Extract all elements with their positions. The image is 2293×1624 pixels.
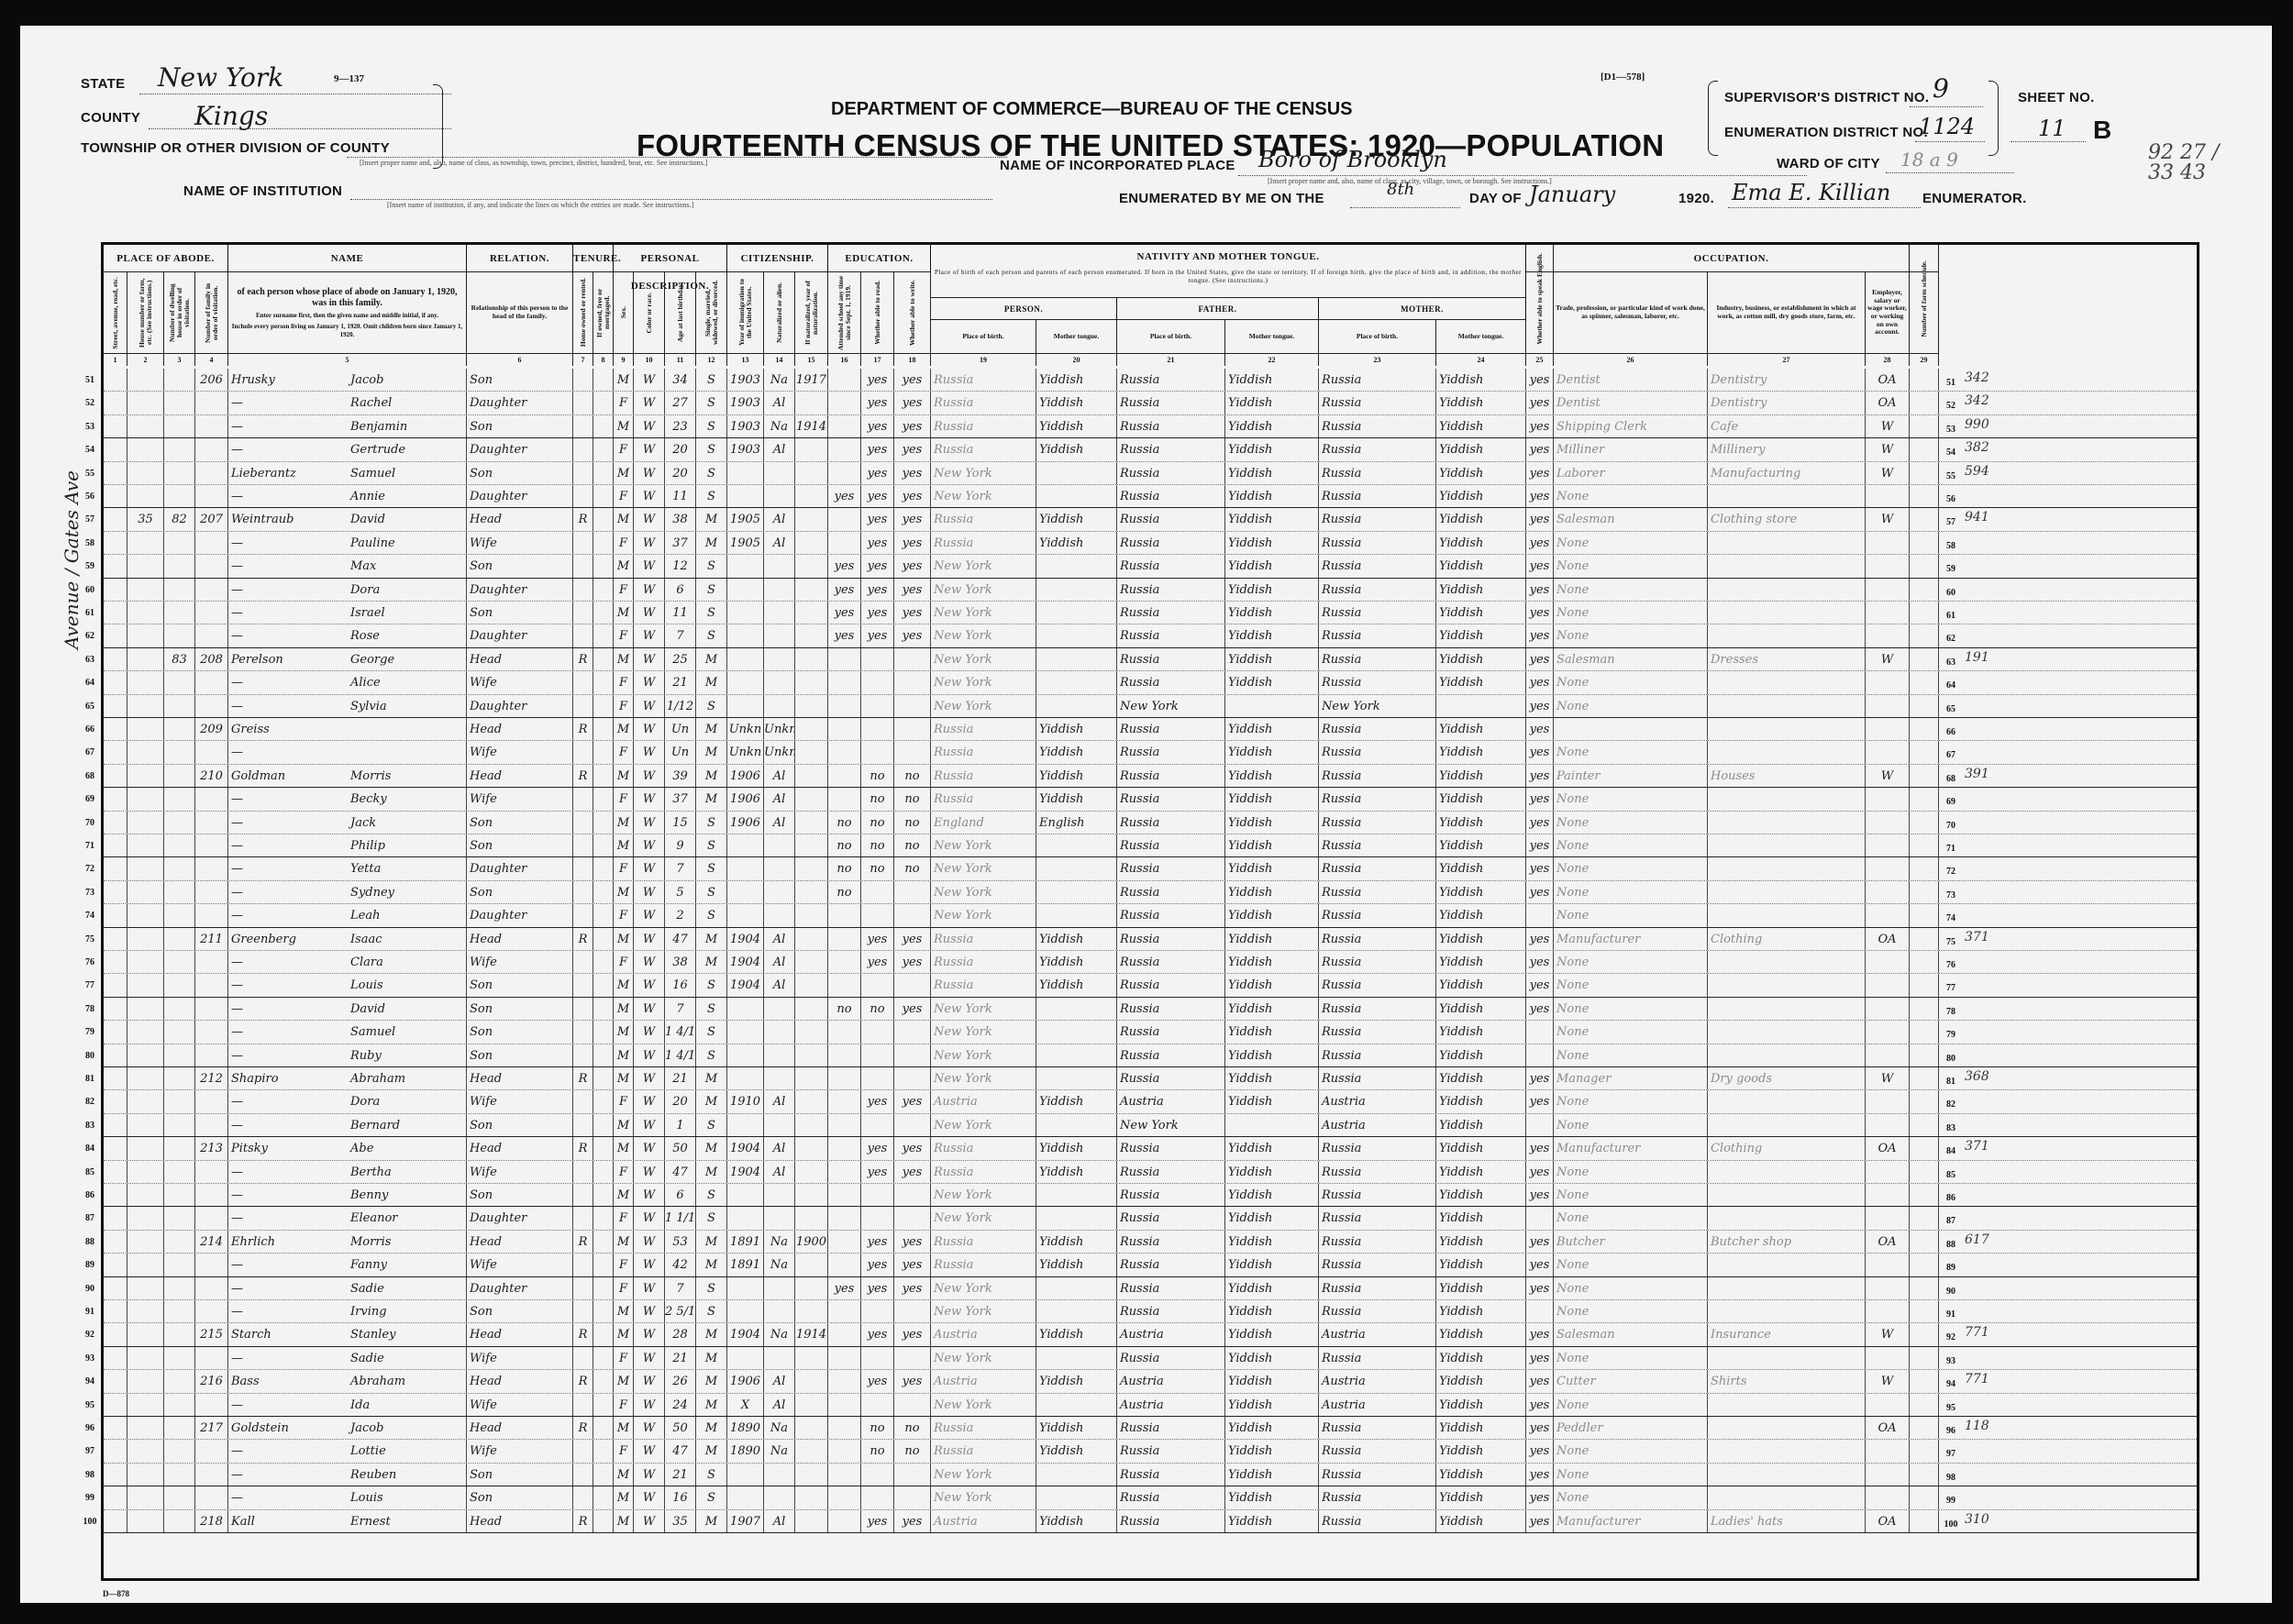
dwell-cell	[164, 788, 195, 810]
line-number-left: 52	[80, 398, 100, 408]
free-cell	[593, 1277, 614, 1299]
natyr-cell	[795, 1464, 828, 1486]
fmt-cell: Yiddish	[1225, 1207, 1319, 1229]
county-value: Kings	[194, 101, 268, 131]
rel-cell: Wife	[467, 1254, 573, 1276]
dwell-cell	[164, 1021, 195, 1043]
free-cell	[593, 1044, 614, 1066]
given-name: Sylvia	[350, 700, 387, 713]
mmt-cell: Yiddish	[1436, 857, 1526, 879]
school-cell: yes	[828, 602, 861, 624]
line-number-left: 74	[80, 911, 100, 921]
write-cell: yes	[894, 555, 931, 577]
surname: —	[231, 1486, 350, 1508]
pob-cell: New York	[931, 1277, 1036, 1299]
rel-cell: Daughter	[467, 392, 573, 414]
free-cell	[593, 1114, 614, 1136]
mmt-cell: Yiddish	[1436, 1090, 1526, 1112]
line-number-right: 91	[1941, 1309, 1961, 1320]
house-cell	[127, 462, 164, 484]
line-number-right: 81	[1941, 1077, 1961, 1087]
own-cell	[573, 1114, 593, 1136]
ms-cell: S	[696, 1464, 727, 1486]
read-cell	[861, 1347, 894, 1369]
natyr-cell	[795, 812, 828, 834]
given-name: Israel	[350, 606, 385, 620]
ms-cell: S	[696, 1114, 727, 1136]
given-name: Dora	[350, 1095, 380, 1109]
house-cell	[127, 1277, 164, 1299]
emp-cell	[1866, 834, 1910, 856]
read-cell	[861, 974, 894, 996]
fmt-cell: Yiddish	[1225, 1231, 1319, 1253]
fam-cell	[195, 1114, 228, 1136]
column-number-3: 3	[164, 353, 195, 366]
ind-cell	[1708, 812, 1866, 834]
name-cell: —Ruby	[228, 1044, 467, 1066]
enumerator-name: Ema E. Killian	[1732, 180, 1890, 205]
fpob-cell: Russia	[1117, 741, 1225, 763]
read-cell	[861, 695, 894, 717]
sex-cell: F	[614, 1440, 634, 1462]
column-header-label: Number of farm schedule.	[1921, 260, 1928, 337]
mmt-cell: Yiddish	[1436, 741, 1526, 763]
rel-cell: Son	[467, 974, 573, 996]
group-header-place-of-abode: PLACE OF ABODE.	[104, 245, 228, 272]
pob-cell: New York	[931, 602, 1036, 624]
mmt-cell: Yiddish	[1436, 788, 1526, 810]
ind-cell	[1708, 1114, 1866, 1136]
name-cell: —Benny	[228, 1184, 467, 1206]
eng-cell: yes	[1526, 392, 1554, 414]
mt-cell: Yiddish	[1036, 951, 1117, 973]
table-row: —BenjaminSonMW23S1903Na1914yesyesRussiaY…	[104, 415, 2197, 438]
age-cell: 37	[665, 532, 696, 554]
age-cell: 27	[665, 392, 696, 414]
emp-cell	[1866, 1090, 1910, 1112]
age-cell: 20	[665, 438, 696, 460]
mpob-cell: Russia	[1319, 602, 1436, 624]
farm-cell	[1910, 1090, 1939, 1112]
surname: —	[231, 741, 350, 763]
imm-cell	[727, 555, 764, 577]
trade-cell: Dentist	[1554, 392, 1708, 414]
ms-cell: S	[696, 462, 727, 484]
name-cell: —Benjamin	[228, 415, 467, 437]
school-cell	[828, 508, 861, 530]
fpob-cell: Russia	[1117, 1510, 1225, 1532]
race-cell: W	[634, 415, 665, 437]
line-number-left: 55	[80, 469, 100, 479]
column-header-5: of each person whose place of abode on J…	[228, 272, 467, 353]
ind-cell	[1708, 834, 1866, 856]
own-cell	[573, 974, 593, 996]
trade-cell: None	[1554, 1114, 1708, 1136]
emp-cell: OA	[1866, 1231, 1910, 1253]
emp-cell	[1866, 1486, 1910, 1508]
given-name: Louis	[350, 978, 383, 992]
fmt-cell: Yiddish	[1225, 904, 1319, 926]
school-cell	[828, 718, 861, 740]
read-cell: no	[861, 834, 894, 856]
ms-cell: S	[696, 1044, 727, 1066]
pob-cell: New York	[931, 624, 1036, 646]
race-cell: W	[634, 1277, 665, 1299]
occupation-code-note: 594	[1965, 464, 1989, 479]
fam-cell: 208	[195, 648, 228, 670]
name-cell: KallErnest	[228, 1510, 467, 1532]
mpob-cell: Russia	[1319, 857, 1436, 879]
state-line	[139, 94, 451, 94]
ind-cell	[1708, 1254, 1866, 1276]
fpob-cell: Russia	[1117, 1277, 1225, 1299]
trade-cell: Manager	[1554, 1067, 1708, 1089]
street-cell	[104, 415, 127, 437]
line-number-left: 98	[80, 1470, 100, 1480]
race-cell: W	[634, 1417, 665, 1439]
mt-cell	[1036, 1300, 1117, 1322]
mpob-cell: Russia	[1319, 1464, 1436, 1486]
sex-cell: F	[614, 1347, 634, 1369]
street-cell	[104, 438, 127, 460]
dwell-cell	[164, 392, 195, 414]
column-header-label: If naturalized, year of naturalization.	[804, 275, 819, 350]
sex-cell: M	[614, 415, 634, 437]
read-cell: no	[861, 765, 894, 787]
rel-cell: Daughter	[467, 695, 573, 717]
table-row: —RoseDaughterFW7SyesyesyesNew YorkRussia…	[104, 624, 2197, 647]
line-number-right: 57	[1941, 517, 1961, 527]
name-cell: —Leah	[228, 904, 467, 926]
given-name: Annie	[350, 490, 385, 503]
street-cell	[104, 1370, 127, 1392]
school-cell: no	[828, 834, 861, 856]
dwell-cell	[164, 1090, 195, 1112]
house-cell	[127, 624, 164, 646]
line-number-left: 85	[80, 1167, 100, 1177]
emp-cell	[1866, 1300, 1910, 1322]
line-number-right: 64	[1941, 680, 1961, 690]
rel-cell: Head	[467, 1510, 573, 1532]
given-name: Gertrude	[350, 443, 405, 457]
fam-cell	[195, 1021, 228, 1043]
natyr-cell	[795, 462, 828, 484]
rel-cell: Wife	[467, 671, 573, 693]
fpob-cell: Russia	[1117, 928, 1225, 950]
school-cell	[828, 369, 861, 391]
rel-cell: Son	[467, 555, 573, 577]
given-name: Jack	[350, 816, 376, 830]
house-cell	[127, 812, 164, 834]
sex-cell: F	[614, 1207, 634, 1229]
house-cell	[127, 1090, 164, 1112]
line-number-left: 62	[80, 631, 100, 641]
street-cell	[104, 1464, 127, 1486]
line-number-right: 71	[1941, 844, 1961, 854]
natyr-cell	[795, 788, 828, 810]
line-number-right: 97	[1941, 1449, 1961, 1459]
ed-value: 1124	[1919, 114, 1975, 139]
state-value: New York	[158, 62, 283, 93]
ms-cell: S	[696, 834, 727, 856]
read-cell: yes	[861, 1137, 894, 1159]
fpob-cell: Russia	[1117, 1067, 1225, 1089]
read-cell: yes	[861, 1510, 894, 1532]
line-number-left: 70	[80, 818, 100, 828]
pob-cell: New York	[931, 462, 1036, 484]
imm-cell: 1904	[727, 928, 764, 950]
farm-cell	[1910, 857, 1939, 879]
emp-cell: W	[1866, 1370, 1910, 1392]
given-name: Rachel	[350, 396, 392, 410]
trade-cell: None	[1554, 1486, 1708, 1508]
farm-cell	[1910, 485, 1939, 507]
write-cell	[894, 1486, 931, 1508]
fam-cell	[195, 1464, 228, 1486]
trade-cell: None	[1554, 671, 1708, 693]
ind-cell: Dentistry	[1708, 392, 1866, 414]
table-row: —IdaWifeFW24MXAlNew YorkAustriaYiddishAu…	[104, 1394, 2197, 1417]
name-cell: PitskyAbe	[228, 1137, 467, 1159]
table-row: —EleanorDaughterFW1 1/12SNew YorkRussiaY…	[104, 1207, 2197, 1230]
rel-cell: Son	[467, 369, 573, 391]
line-number-left: 73	[80, 888, 100, 898]
column-number-29: 29	[1910, 353, 1939, 366]
fmt-cell: Yiddish	[1225, 648, 1319, 670]
dwell-cell	[164, 415, 195, 437]
own-cell	[573, 555, 593, 577]
nat-cell: Al	[764, 438, 795, 460]
table-row: —LouisSonMW16SNew YorkRussiaYiddishRussi…	[104, 1486, 2197, 1509]
line-number-left: 81	[80, 1074, 100, 1084]
column-header-label: If owned, free or mortgaged.	[596, 275, 611, 350]
write-cell: yes	[894, 1323, 931, 1345]
emp-cell	[1866, 579, 1910, 601]
mt-cell: Yiddish	[1036, 765, 1117, 787]
house-cell	[127, 1161, 164, 1183]
fam-cell	[195, 1394, 228, 1416]
natyr-cell	[795, 1090, 828, 1112]
fpob-cell: Russia	[1117, 485, 1225, 507]
race-cell: W	[634, 392, 665, 414]
school-cell	[828, 765, 861, 787]
mpob-cell: Russia	[1319, 904, 1436, 926]
surname: —	[231, 1207, 350, 1229]
name-cell: —Bernard	[228, 1114, 467, 1136]
trade-cell: Laborer	[1554, 462, 1708, 484]
imm-cell	[727, 462, 764, 484]
imm-cell: 1905	[727, 532, 764, 554]
name-cell: —Becky	[228, 788, 467, 810]
column-number-6: 6	[467, 353, 573, 366]
farm-cell	[1910, 508, 1939, 530]
name-cell: —Eleanor	[228, 1207, 467, 1229]
imm-cell	[727, 1347, 764, 1369]
own-cell	[573, 415, 593, 437]
own-cell: R	[573, 718, 593, 740]
fam-cell	[195, 392, 228, 414]
surname: Greiss	[231, 718, 350, 740]
surname: —	[231, 1114, 350, 1136]
column-header-17: Whether able to read.	[861, 272, 894, 353]
fmt-cell: Yiddish	[1225, 602, 1319, 624]
column-number-7: 7	[573, 353, 593, 366]
line-number-left: 77	[80, 980, 100, 990]
house-cell	[127, 881, 164, 903]
mmt-cell: Yiddish	[1436, 671, 1526, 693]
fmt-cell: Yiddish	[1225, 928, 1319, 950]
race-cell: W	[634, 1090, 665, 1112]
name-cell: ShapiroAbraham	[228, 1067, 467, 1089]
age-cell: 9	[665, 834, 696, 856]
sex-cell: M	[614, 1114, 634, 1136]
school-cell	[828, 695, 861, 717]
own-cell	[573, 532, 593, 554]
line-number-right: 73	[1941, 890, 1961, 900]
trade-cell: None	[1554, 1090, 1708, 1112]
read-cell	[861, 718, 894, 740]
ms-cell: M	[696, 1161, 727, 1183]
natyr-cell	[795, 741, 828, 763]
column-number-11: 11	[665, 353, 696, 366]
mt-cell	[1036, 904, 1117, 926]
imm-cell	[727, 624, 764, 646]
trade-cell: None	[1554, 1207, 1708, 1229]
farm-cell	[1910, 1300, 1939, 1322]
eng-cell: yes	[1526, 1254, 1554, 1276]
read-cell: yes	[861, 1161, 894, 1183]
read-cell: no	[861, 1440, 894, 1462]
table-row: —DoraDaughterFW6SyesyesyesNew YorkRussia…	[104, 579, 2197, 602]
farm-cell	[1910, 1161, 1939, 1183]
incorporated-value: Boro of Brooklyn	[1258, 147, 1447, 172]
farm-cell	[1910, 998, 1939, 1020]
read-cell: yes	[861, 415, 894, 437]
free-cell	[593, 812, 614, 834]
ms-cell: M	[696, 1137, 727, 1159]
sex-cell: F	[614, 857, 634, 879]
dwell-cell	[164, 555, 195, 577]
pob-cell: Russia	[931, 928, 1036, 950]
emp-cell	[1866, 1254, 1910, 1276]
surname: Lieberantz	[231, 462, 350, 484]
fam-cell: 207	[195, 508, 228, 530]
own-cell	[573, 624, 593, 646]
school-cell: yes	[828, 485, 861, 507]
given-name: Irving	[350, 1305, 387, 1319]
fpob-cell: New York	[1117, 1114, 1225, 1136]
given-name: Philip	[350, 839, 385, 853]
write-cell: yes	[894, 1510, 931, 1532]
eng-cell	[1526, 1021, 1554, 1043]
column-header-16: Attended school any time since Sept. 1, …	[828, 272, 861, 353]
mt-cell: Yiddish	[1036, 1137, 1117, 1159]
ms-cell: M	[696, 951, 727, 973]
emp-cell	[1866, 1440, 1910, 1462]
table-row: —FannyWifeFW42M1891NayesyesRussiaYiddish…	[104, 1254, 2197, 1276]
pob-cell: New York	[931, 1044, 1036, 1066]
ms-cell: M	[696, 928, 727, 950]
sex-cell: M	[614, 881, 634, 903]
line-number-right: 56	[1941, 494, 1961, 504]
school-cell: yes	[828, 579, 861, 601]
race-cell: W	[634, 812, 665, 834]
eng-cell	[1526, 1207, 1554, 1229]
corner-stamp-numbers: 92 27 / 33 43	[2148, 143, 2240, 183]
fmt-cell: Yiddish	[1225, 438, 1319, 460]
state-label: STATE	[81, 76, 125, 92]
trade-cell: Salesman	[1554, 648, 1708, 670]
fam-cell: 206	[195, 369, 228, 391]
fam-cell	[195, 462, 228, 484]
column-header-label: Whether able to write.	[909, 280, 916, 346]
line-number-right: 69	[1941, 797, 1961, 807]
write-cell: no	[894, 1417, 931, 1439]
street-cell	[104, 1300, 127, 1322]
fam-cell	[195, 1347, 228, 1369]
fpob-cell: Russia	[1117, 812, 1225, 834]
age-cell: 21	[665, 671, 696, 693]
table-row: 217GoldsteinJacobHeadRMW50M1890NanonoRus…	[104, 1417, 2197, 1440]
column-header-label: Mother tongue.	[1247, 331, 1296, 343]
age-cell: 38	[665, 508, 696, 530]
line-number-left: 61	[80, 608, 100, 618]
column-header-20: Mother tongue.	[1036, 320, 1117, 353]
dwell-cell	[164, 369, 195, 391]
trade-cell: None	[1554, 602, 1708, 624]
farm-cell	[1910, 1137, 1939, 1159]
table-row: 209GreissHeadRMWUnMUnknUnknRussiaYiddish…	[104, 718, 2197, 741]
line-number-left: 57	[80, 514, 100, 525]
trade-cell	[1554, 718, 1708, 740]
group-header-relation: RELATION.	[467, 245, 573, 272]
line-number-right: 62	[1941, 634, 1961, 644]
read-cell: yes	[861, 369, 894, 391]
fmt-cell: Yiddish	[1225, 765, 1319, 787]
trade-cell: None	[1554, 881, 1708, 903]
fmt-cell: Yiddish	[1225, 881, 1319, 903]
table-row: —LouisSonMW16S1904AlRussiaYiddishRussiaY…	[104, 974, 2197, 997]
table-row: 210GoldmanMorrisHeadRMW39M1906AlnonoRuss…	[104, 765, 2197, 788]
own-cell	[573, 904, 593, 926]
farm-cell	[1910, 765, 1939, 787]
read-cell: yes	[861, 602, 894, 624]
surname: —	[231, 1021, 350, 1043]
natyr-cell	[795, 508, 828, 530]
dwell-cell	[164, 1184, 195, 1206]
own-cell: R	[573, 765, 593, 787]
imm-cell: 1904	[727, 1323, 764, 1345]
mt-cell	[1036, 1277, 1117, 1299]
table-row: —RubySonMW1 4/12SNew YorkRussiaYiddishRu…	[104, 1044, 2197, 1067]
fam-cell: 213	[195, 1137, 228, 1159]
own-cell	[573, 881, 593, 903]
house-cell	[127, 671, 164, 693]
nat-cell	[764, 1464, 795, 1486]
age-cell: 50	[665, 1417, 696, 1439]
read-cell: yes	[861, 438, 894, 460]
enumerator-label: ENUMERATOR.	[1922, 191, 2027, 206]
table-row: 212ShapiroAbrahamHeadRMW21MNew YorkRussi…	[104, 1067, 2197, 1090]
dwell-cell	[164, 695, 195, 717]
sex-cell: M	[614, 974, 634, 996]
fmt-cell: Yiddish	[1225, 812, 1319, 834]
line-number-left: 96	[80, 1423, 100, 1433]
surname: —	[231, 788, 350, 810]
ind-cell	[1708, 624, 1866, 646]
occupation-code-note: 771	[1965, 1372, 1989, 1386]
farm-cell	[1910, 648, 1939, 670]
